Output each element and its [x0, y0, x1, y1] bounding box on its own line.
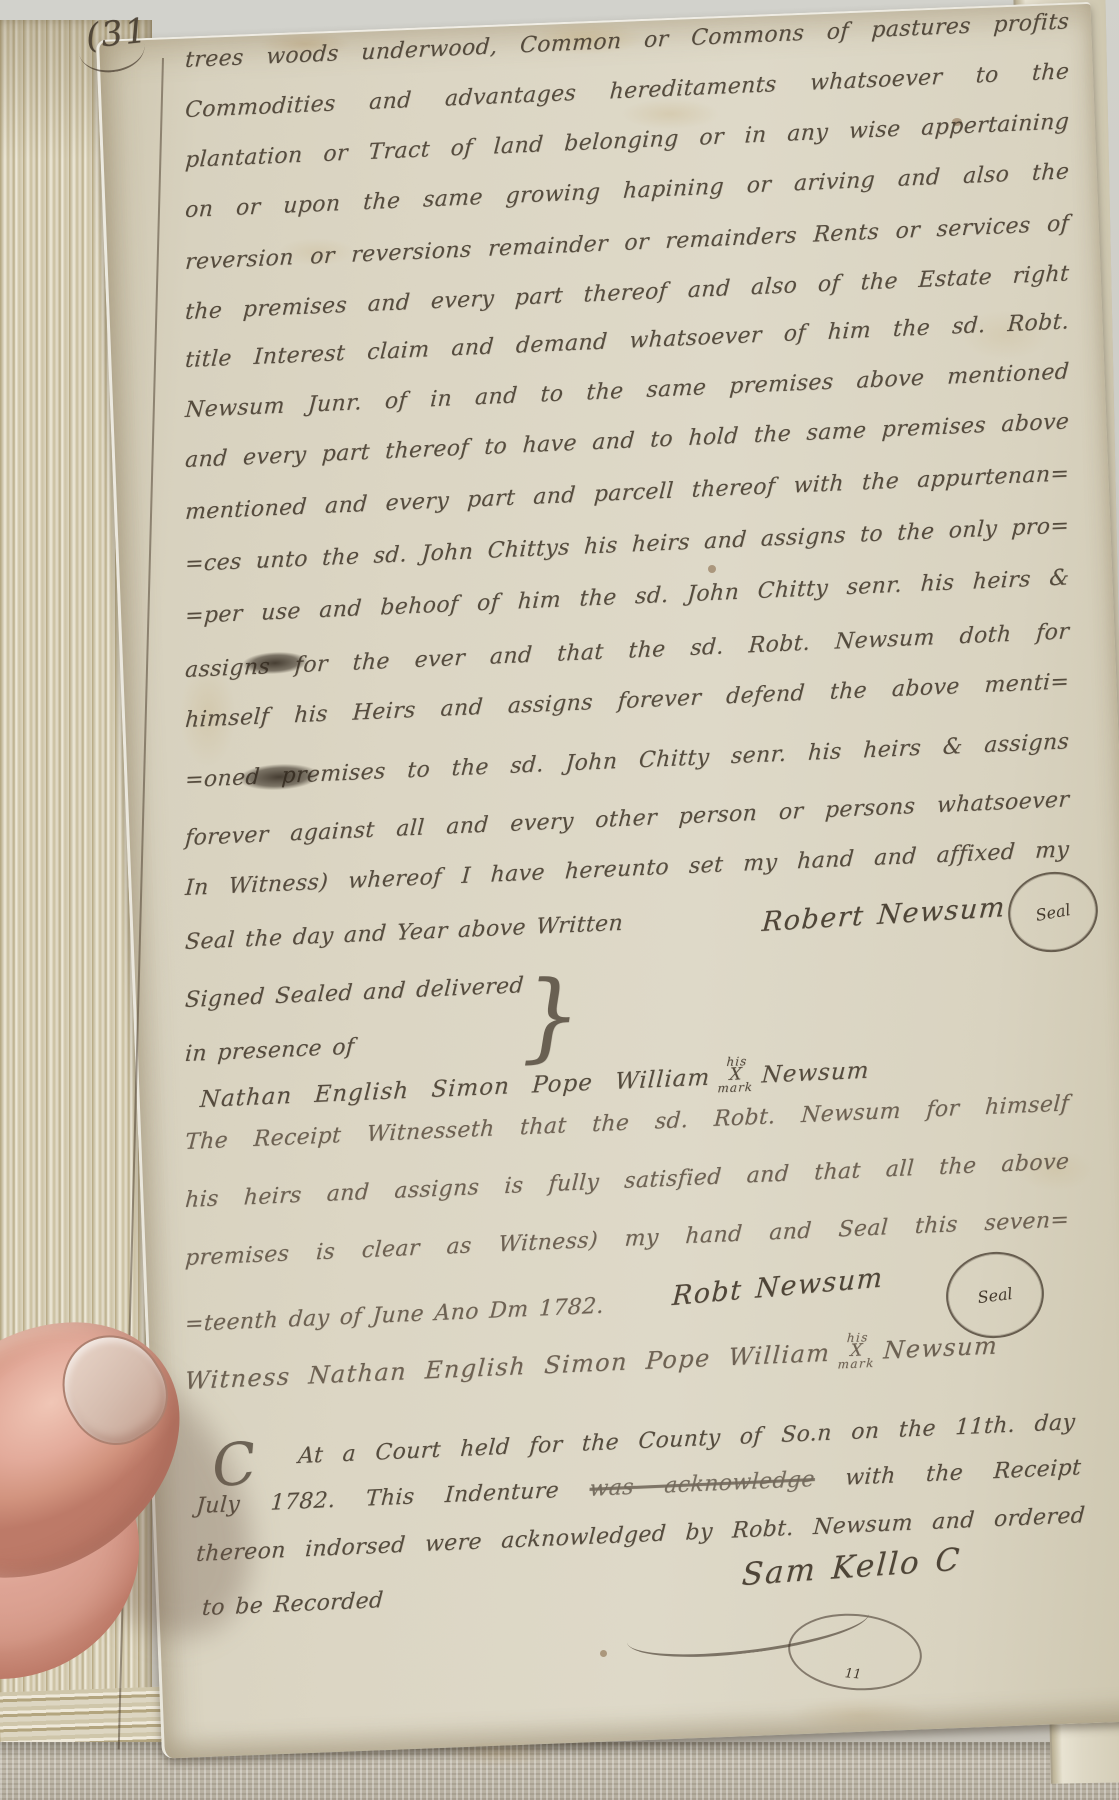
- mark-surname: Newsum: [761, 1058, 870, 1089]
- his-mark-bottom: mark: [717, 1082, 753, 1095]
- mark-surname: Newsum: [883, 1331, 999, 1364]
- foxing-speck: [708, 565, 716, 573]
- his-mark-bottom: mark: [837, 1358, 875, 1371]
- attestation-brace: }: [519, 1000, 581, 1032]
- foxing-speck: [600, 1650, 607, 1657]
- his-mark: hisXmark: [717, 1056, 755, 1095]
- photograph-of-manuscript: (31 trees woods underwood, Common or Com…: [0, 0, 1119, 1800]
- stain: [760, 1690, 960, 1740]
- stain: [420, 1736, 580, 1772]
- his-mark: hisXmark: [837, 1332, 876, 1371]
